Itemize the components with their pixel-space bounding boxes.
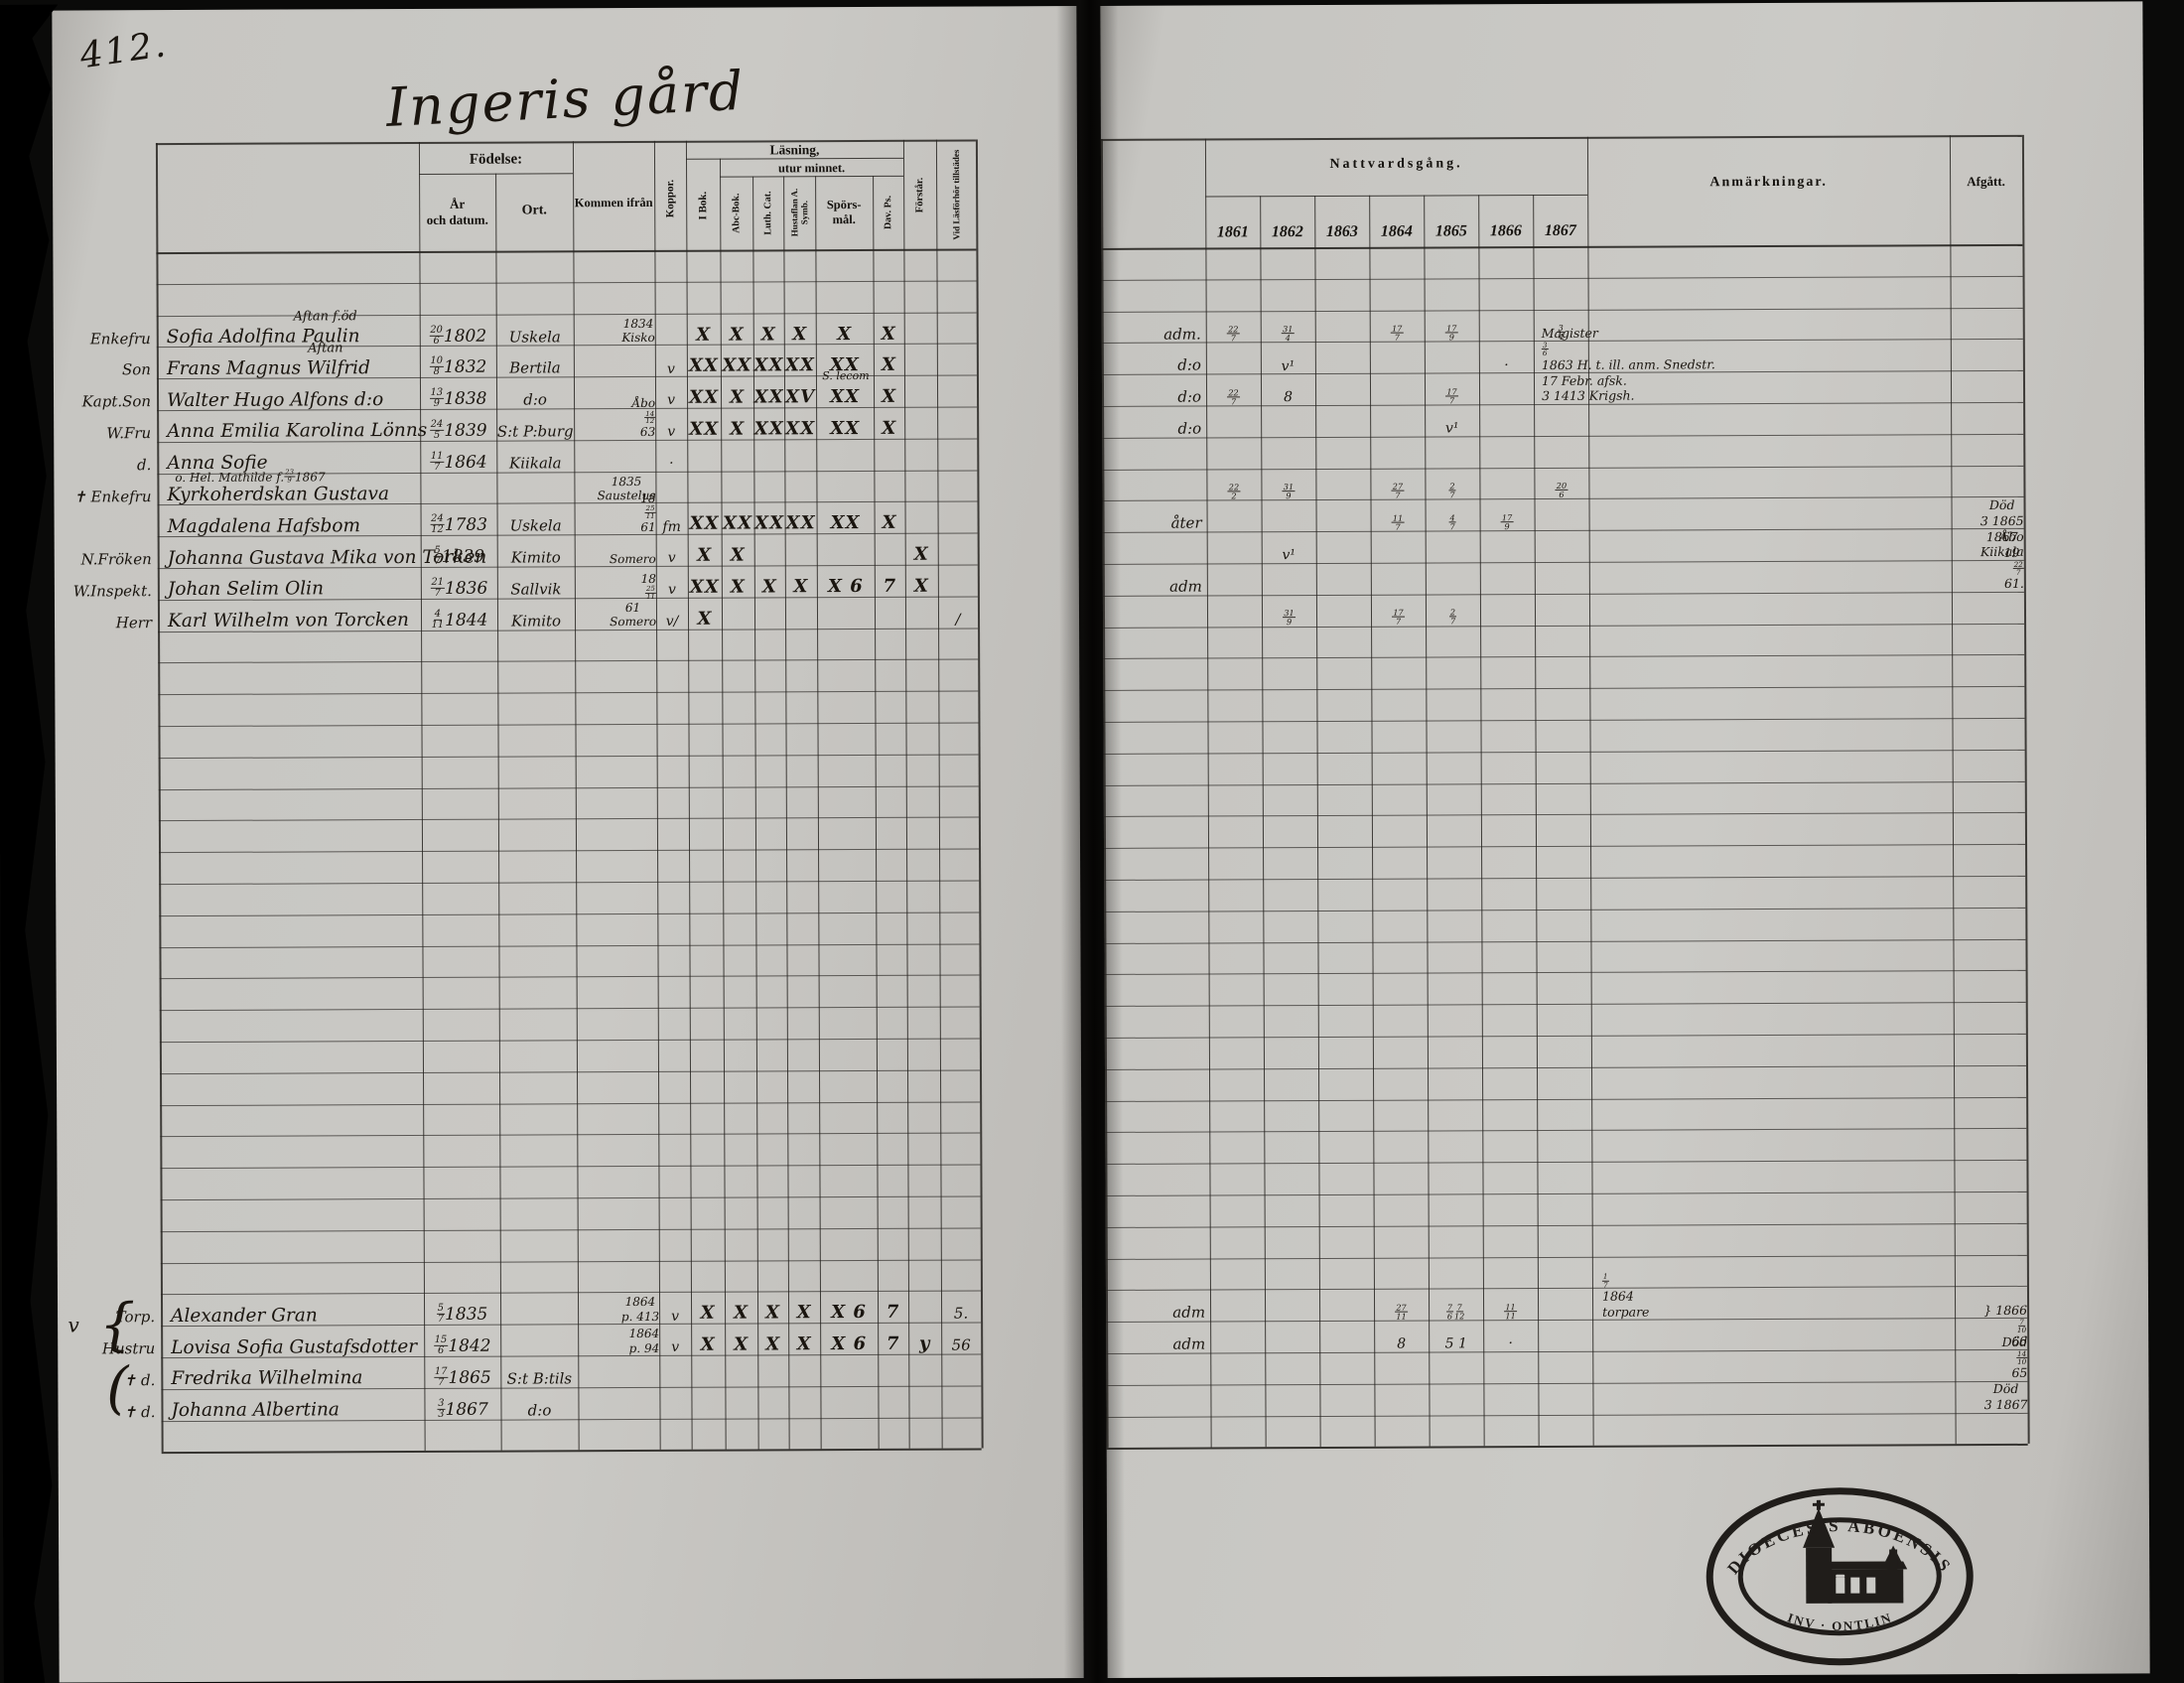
communion-date-1864: 117	[1371, 499, 1426, 534]
communion-date-1865: 177	[1425, 372, 1479, 407]
departed-note: Död3 1867	[1955, 1367, 2027, 1415]
entry-birthdate: 117 1864	[420, 440, 496, 475]
margin-glyph: v	[54, 1305, 93, 1346]
reading-mark-hust: XX	[785, 502, 817, 537]
communion-date-1864: 2711	[1374, 1289, 1429, 1324]
reading-mark-luth: XX	[753, 407, 784, 442]
entry-birthdate: 245 1839	[420, 409, 496, 444]
entry-name: Lovisa Sofia Gustafsdotter	[171, 1325, 429, 1360]
communion-date-1861: 227	[1206, 311, 1261, 346]
entry-came-from: Somero	[575, 520, 656, 569]
margin-title: N.Fröken	[35, 536, 152, 571]
grid-line	[1106, 1192, 2027, 1196]
reading-mark-ibok: XX	[687, 408, 721, 443]
grid-line	[159, 785, 979, 790]
smallpox-mark: v	[659, 1324, 691, 1358]
grid-line	[158, 691, 978, 696]
margin-title: W.Fru	[34, 410, 151, 445]
reading-mark-hust: X	[788, 1323, 820, 1357]
year-header: 1863	[1314, 204, 1369, 241]
grid-line	[161, 1259, 981, 1264]
grid-line	[720, 176, 903, 178]
entry-name: Alexander Gran	[171, 1293, 429, 1329]
grid-line	[160, 975, 980, 980]
grid-line	[654, 141, 661, 1450]
entry-birthplace: Uskela	[496, 314, 574, 349]
entry-birthplace: S:t P:burg	[496, 408, 574, 443]
reading-mark-hust: X	[784, 313, 816, 348]
smallpox-mark: v	[655, 376, 687, 411]
grid-line	[1106, 1381, 2027, 1386]
entry-birthplace: Uskela	[497, 503, 575, 538]
entry-came-from: 1834Kisko	[574, 300, 655, 349]
grid-line	[1103, 654, 2024, 659]
communion-date-1865: v¹	[1425, 404, 1479, 439]
communion-date-1865: 27	[1426, 594, 1480, 629]
margin-title: Son	[34, 348, 151, 382]
smallpox-mark: v	[656, 534, 688, 569]
grid-line	[976, 139, 984, 1448]
grid-line	[159, 943, 979, 948]
grid-line	[1107, 1412, 2028, 1417]
communion-date-1866: 1111	[1483, 1288, 1538, 1323]
grid-line	[1103, 623, 2024, 628]
communion-date-1865: 27	[1425, 468, 1479, 502]
reading-mark-davps: X	[874, 407, 904, 442]
entry-birthplace: d:o	[496, 376, 574, 411]
entry-name: Karl Wilhelm von Torcken	[168, 599, 426, 634]
grid-line	[1478, 195, 1484, 1446]
reading-mark-davps: X	[874, 312, 904, 347]
grid-line	[1314, 196, 1320, 1447]
examination-mark: 5.	[941, 1291, 981, 1326]
grid-line	[1104, 938, 2025, 943]
entry-birthdate: 139 1838	[420, 377, 496, 412]
entry-came-from: 18 2511 61Somero	[575, 584, 656, 632]
communion-date-1861: 222	[1206, 469, 1261, 503]
grid-line	[158, 659, 978, 664]
reading-mark-spors: X 6	[820, 1323, 878, 1357]
margin-title: Enkefru	[34, 316, 151, 351]
communion-date-1864: 277	[1370, 468, 1425, 502]
grid-line	[1104, 876, 2025, 881]
entry-birthplace: Kimito	[497, 534, 575, 569]
reading-mark-ibok: X	[688, 534, 722, 569]
grid-line	[161, 1227, 981, 1232]
grid-line	[1950, 135, 1957, 1444]
reading-mark-spors: X 6	[817, 565, 875, 600]
entry-note-above: Aftan f.öd	[246, 304, 405, 325]
grid-line	[686, 158, 903, 160]
reading-mark-luth: X	[757, 1324, 788, 1358]
communion-date-1865: 179	[1425, 310, 1479, 345]
reading-mark-abc: XX	[722, 502, 754, 537]
scanned-church-book-spread: 412. Ingeris gård Födelse: År och datum.…	[0, 0, 2184, 1683]
reading-mark-ibok: XX	[688, 502, 722, 537]
grid-line	[159, 880, 979, 885]
entry-name: Kyrkoherdskan Gustava	[167, 473, 425, 508]
communion-date-1862: v¹	[1262, 531, 1316, 566]
communion-date-1864: 177	[1371, 594, 1426, 629]
table-grid-and-entries: 1861186218631864186518661867EnkefruSofia…	[0, 0, 2184, 1683]
departed-note: Åbo19 227 61.	[1952, 546, 2024, 594]
reading-mark-hust: X	[785, 565, 817, 600]
grid-line	[1106, 1223, 2027, 1228]
reading-mark-ibok: X	[691, 1292, 725, 1327]
entry-birthdate: 206 1802	[420, 314, 496, 349]
communion-date-1862: 319	[1261, 469, 1315, 503]
grid-line	[160, 1101, 980, 1106]
entry-name: Magdalena Hafsbom	[168, 503, 426, 539]
grid-line	[1105, 1128, 2026, 1133]
reading-mark-davps: 7	[875, 565, 905, 600]
reading-mark-abc: XX	[721, 345, 753, 379]
admission-note: adm	[1111, 1322, 1205, 1356]
entry-birthdate: 57 1835	[424, 1293, 500, 1328]
communion-date-1862: 8	[1261, 373, 1315, 408]
communion-date-1867: 206	[1534, 467, 1588, 501]
reading-mark-ibok: X	[687, 313, 721, 348]
examination-mark: 56	[941, 1323, 981, 1357]
reading-mark-forstar: y	[908, 1323, 941, 1357]
year-header: 1867	[1533, 203, 1587, 240]
smallpox-mark: v	[659, 1292, 691, 1327]
grid-line	[1103, 528, 2024, 533]
grid-line	[159, 817, 979, 822]
grid-line	[1104, 750, 2025, 755]
entry-birthdate: 2412 1783	[421, 503, 497, 538]
reading-mark-luth: X	[753, 313, 784, 348]
admission-note: d:o	[1107, 343, 1201, 377]
grid-line	[159, 912, 979, 916]
examination-mark: ∕	[938, 596, 978, 631]
grid-line	[1101, 135, 2022, 141]
remark-note: 17 Febr. afsk.3 1413 Krigsh.	[1542, 355, 1909, 406]
scan-content: 412. Ingeris gård Födelse: År och datum.…	[0, 0, 2184, 1683]
reading-mark-spors: XX	[817, 501, 875, 536]
grid-line	[1533, 195, 1539, 1446]
smallpox-mark: v∕	[656, 598, 688, 632]
smallpox-mark: v	[656, 566, 688, 601]
entry-birthdate: 57 1839	[421, 535, 497, 570]
admission-note: d:o	[1107, 374, 1201, 409]
grid-line	[1105, 970, 2026, 975]
grid-line	[160, 1069, 980, 1074]
grid-line	[156, 140, 976, 146]
reading-mark-ibok: XX	[688, 566, 722, 601]
grid-line	[1101, 244, 2022, 250]
grid-line	[160, 1038, 980, 1043]
grid-line	[1104, 780, 2025, 785]
grid-line	[1105, 1160, 2026, 1165]
reading-mark-luth: X	[757, 1292, 788, 1327]
entry-birthplace: d:o	[500, 1387, 578, 1422]
reading-mark-luth: XX	[753, 345, 784, 379]
grid-line	[1103, 718, 2024, 723]
communion-date-1862: 319	[1262, 595, 1316, 630]
reading-mark-davps: 7	[878, 1323, 908, 1357]
reading-mark-ibok: X	[688, 597, 722, 631]
grid-line	[1205, 195, 1587, 198]
grid-line	[936, 140, 943, 1449]
grid-line	[1104, 812, 2025, 817]
year-header: 1862	[1260, 204, 1314, 241]
communion-date-1864: 177	[1370, 310, 1425, 345]
entry-birthdate: 217 1836	[421, 567, 497, 602]
entry-birthplace: Bertila	[496, 346, 574, 380]
reading-mark-abc: X	[722, 534, 754, 569]
admission-note: åter	[1108, 500, 1202, 535]
communion-date-1865: 47	[1425, 499, 1479, 534]
reading-mark-ibok: X	[691, 1324, 725, 1358]
margin-title: ✝ Enkefru	[34, 474, 151, 508]
grid-line	[162, 1449, 982, 1455]
grid-line	[1107, 1444, 2028, 1450]
smallpox-mark: v	[655, 408, 687, 443]
grid-line	[1102, 276, 2023, 281]
grid-line	[158, 722, 978, 727]
grid-line	[156, 143, 164, 1452]
smallpox-mark: ·	[655, 440, 687, 475]
communion-date-1866: ·	[1479, 341, 1534, 375]
grid-line	[160, 1007, 980, 1012]
year-header: 1864	[1369, 204, 1424, 241]
entry-birthdate: 108 1832	[420, 346, 496, 380]
communion-date-1862: v¹	[1261, 342, 1315, 376]
entry-name: Anna Emilia Karolina Lönns	[167, 409, 425, 445]
communion-date-1862: 314	[1261, 311, 1315, 346]
reading-mark-luth: X	[754, 565, 785, 600]
communion-date-1866: ·	[1483, 1320, 1538, 1354]
grid-line	[1105, 1096, 2026, 1101]
grid-line	[1103, 560, 2024, 565]
grid-line	[1103, 686, 2024, 691]
margin-title: Kapt.Son	[34, 378, 151, 413]
grid-line	[159, 754, 979, 759]
margin-glyph: (	[97, 1351, 137, 1425]
year-header: 1866	[1478, 203, 1533, 240]
grid-line	[1106, 1254, 2027, 1259]
entry-birthdate: 156 1842	[424, 1325, 500, 1359]
margin-title: d.	[34, 442, 151, 477]
reading-mark-abc: X	[722, 565, 754, 600]
grid-line	[157, 280, 977, 285]
entry-birthplace: Kimito	[497, 598, 575, 632]
reading-mark-abc: X	[721, 376, 753, 411]
grid-line	[1105, 1065, 2026, 1070]
reading-mark-davps: 7	[878, 1291, 908, 1326]
remark-note: 17 1864torpare	[1602, 1271, 1970, 1322]
reading-mark-spors: XX	[816, 407, 874, 442]
reading-mark-luth: XX	[754, 502, 785, 537]
reading-mark-hust: XX	[784, 407, 816, 442]
grid-line	[1105, 1002, 2026, 1007]
reading-mark-davps: X	[875, 501, 905, 536]
margin-title: W.Inspekt.	[35, 568, 152, 603]
reading-mark-abc: X	[721, 313, 753, 348]
reading-mark-forstar: X	[905, 533, 938, 568]
grid-line	[2022, 135, 2030, 1444]
communion-date-1865: 76 712	[1429, 1289, 1483, 1324]
grid-line	[1106, 1349, 2027, 1354]
entry-birthplace: Kiikala	[496, 440, 574, 475]
year-header: 1865	[1424, 203, 1478, 240]
admission-note: d:o	[1107, 406, 1201, 441]
reading-mark-hust: X	[788, 1292, 820, 1327]
entry-note-spors: S. lecom	[806, 363, 886, 381]
admission-note: adm	[1108, 564, 1202, 599]
grid-line	[1369, 196, 1375, 1447]
entry-came-from: 1864p. 94	[578, 1310, 659, 1358]
grid-line	[903, 140, 910, 1449]
reading-mark-forstar: X	[905, 565, 938, 600]
reading-mark-ibok: XX	[687, 345, 721, 379]
entry-name: Fredrika Wilhelmina	[171, 1356, 429, 1392]
margin-title: Herr	[35, 600, 152, 634]
entry-name: Walter Hugo Alfons d:o	[167, 377, 425, 413]
year-header: 1861	[1205, 204, 1260, 241]
entry-note-above: Aftan	[246, 335, 405, 355]
grid-line	[159, 849, 979, 854]
reading-mark-abc: X	[721, 407, 753, 442]
entry-name: Johan Selim Olin	[168, 567, 426, 603]
reading-mark-spors: X	[816, 313, 874, 348]
grid-line	[160, 1133, 980, 1138]
grid-line	[161, 1195, 981, 1200]
smallpox-mark: v	[655, 345, 687, 379]
communion-date-1861: 227	[1206, 373, 1261, 408]
entry-birthdate: 411 1844	[421, 598, 497, 632]
reading-mark-abc: X	[725, 1324, 757, 1358]
entry-birthdate: 177 1865	[424, 1356, 500, 1391]
admission-note: adm.	[1107, 311, 1201, 346]
grid-line	[1103, 592, 2024, 597]
reading-mark-luth: XX	[753, 376, 784, 411]
entry-birthdate: 33 1867	[424, 1387, 500, 1422]
reading-mark-spors: X 6	[820, 1291, 878, 1326]
communion-date-1865: 5 1	[1429, 1320, 1483, 1354]
grid-line	[1105, 1034, 2026, 1039]
grid-line	[1104, 844, 2025, 849]
reading-mark-abc: X	[725, 1292, 757, 1327]
communion-date-1864: 8	[1374, 1321, 1429, 1355]
grid-line	[160, 1165, 980, 1170]
grid-line	[156, 249, 976, 255]
entry-birthplace: Sallvik	[497, 566, 575, 601]
grid-line	[1104, 908, 2025, 912]
reading-mark-ibok: XX	[687, 376, 721, 411]
communion-date-1866: 179	[1479, 498, 1534, 533]
entry-birthplace: S:t B:tils	[500, 1355, 578, 1390]
entry-name: Johanna Albertina	[171, 1388, 429, 1424]
grid-line	[1102, 434, 2023, 439]
entry-name: Johanna Gustava Mika von Torken	[168, 535, 426, 571]
admission-note: adm	[1111, 1290, 1205, 1325]
smallpox-mark: fm	[656, 502, 688, 537]
entry-came-from: Åbo1412 63	[574, 394, 655, 443]
